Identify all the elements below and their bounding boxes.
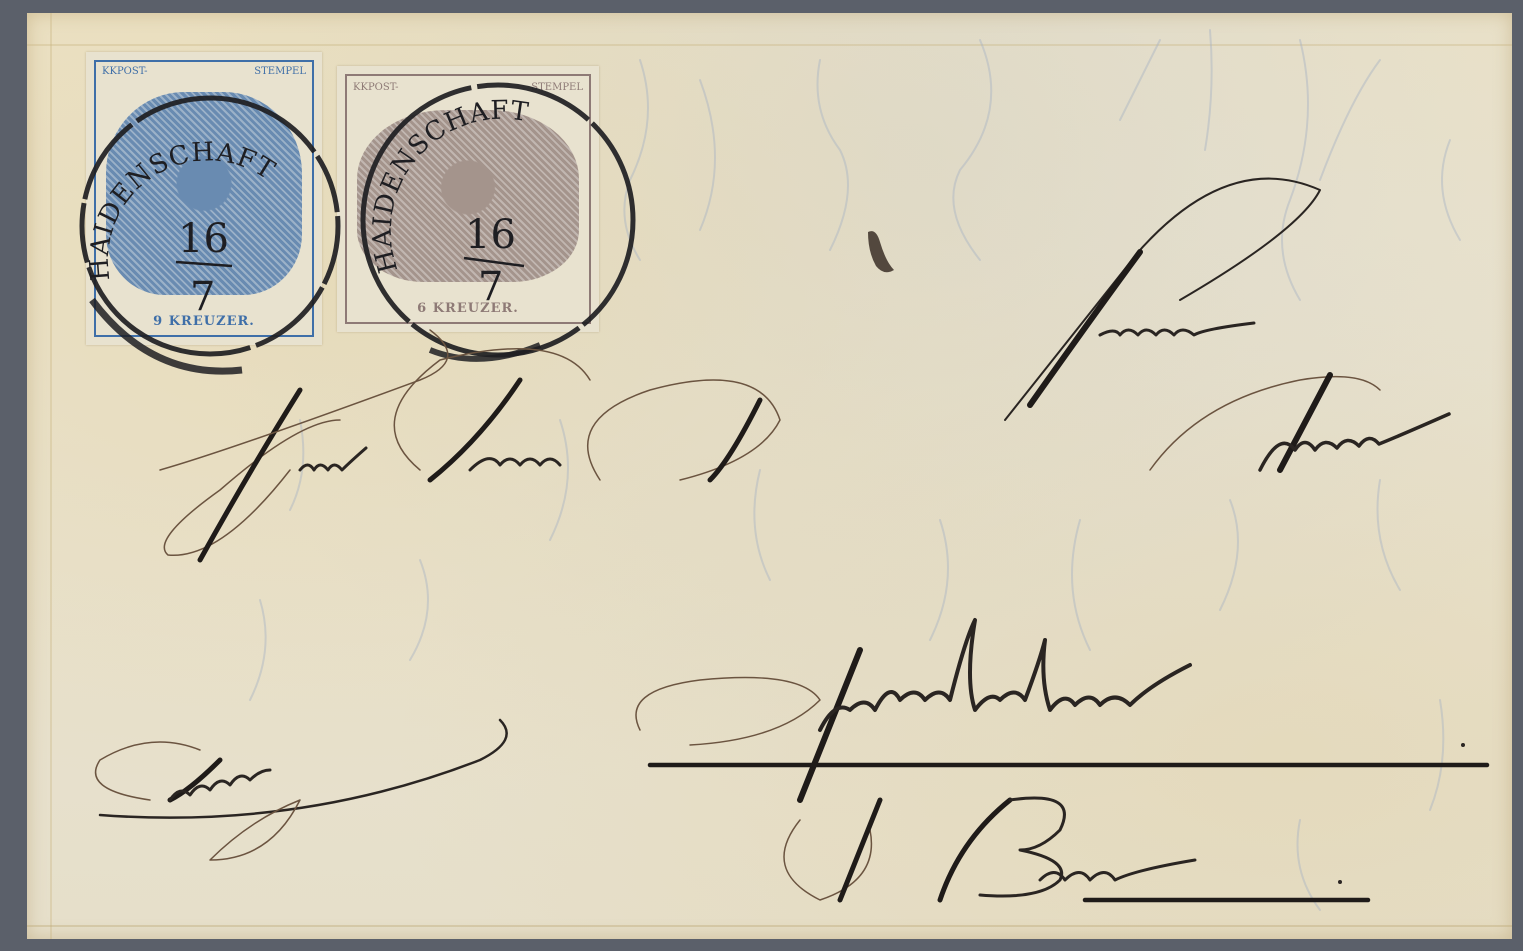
postmark-month: 7 — [478, 264, 503, 310]
postmark-month: 7 — [190, 274, 215, 320]
ink-blot — [868, 231, 894, 272]
postmark-1: HAIDENSCHAFT 16 7 — [82, 98, 338, 371]
postmark-2: HAIDENSCHAFT 16 7 — [363, 85, 633, 359]
postmark-day: 16 — [178, 216, 229, 262]
ink-layer: HAIDENSCHAFT 16 7 HAIDENSCHAFT 16 7 — [0, 0, 1523, 951]
postmark-day: 16 — [465, 212, 516, 258]
